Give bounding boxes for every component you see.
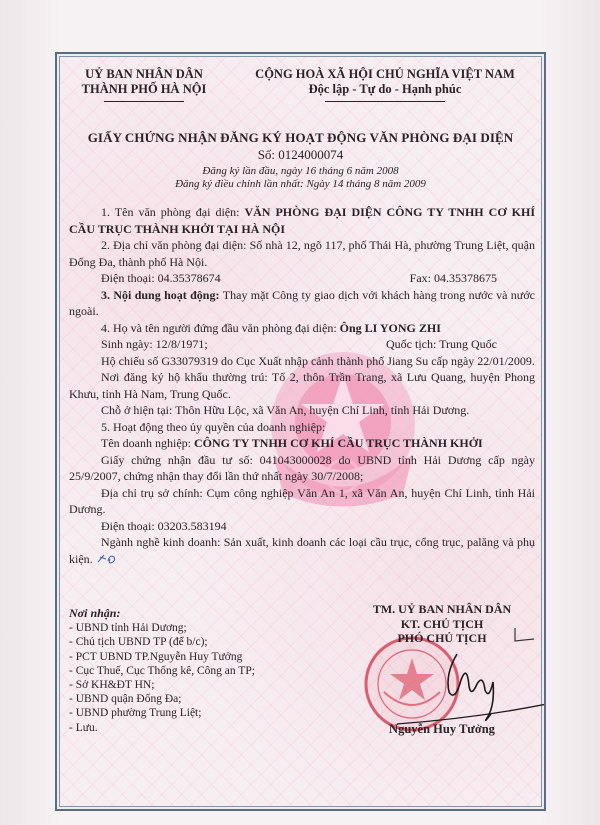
signature-title-block: TM. UỶ BAN NHÂN DÂN KT. CHỦ TỊCH PHÓ CHỦ… [347,602,537,646]
sign-line-2: KT. CHỦ TỊCH [347,617,537,632]
current-address: Chỗ ở hiện tại: Thôn Hữu Lộc, xã Văn An,… [69,402,535,419]
signer-name: Nguyễn Huy Tưởng [347,722,537,737]
recipient-item: - Chủ tịch UBND TP (để b/c); [69,635,299,649]
permanent-residence: Nơi đăng ký hộ khẩu thường trú: Tổ 2, th… [69,369,535,402]
recipient-item: - PCT UBND TP.Nguyễn Huy Tưởng [69,650,299,664]
certificate-title: GIẤY CHỨNG NHẬN ĐĂNG KÝ HOẠT ĐỘNG VĂN PH… [57,130,544,146]
recipient-item: - UBND phường Trung Liệt; [69,706,299,720]
recipient-item: - Lưu. [69,721,299,735]
sign-line-3: PHÓ CHỦ TỊCH [347,631,537,646]
recipient-item: - UBND quận Đống Đa; [69,692,299,706]
authority-line-1: UỶ BAN NHÂN DÂN [69,67,219,82]
header-rule [104,101,184,102]
section-3-activities: 3. Nội dung hoạt động: Thay mặt Công ty … [69,287,535,320]
section-5-authorization: 5. Hoạt động theo ủy quyền của doanh ngh… [69,419,535,436]
recipients-list: Nơi nhận: - UBND tỉnh Hải Dương; - Chủ t… [69,606,299,735]
office-fax: Fax: 04.35378675 [410,270,497,287]
handwritten-signature-icon [397,644,546,734]
issuing-authority-header: UỶ BAN NHÂN DÂN THÀNH PHỐ HÀ NỘI [69,67,219,102]
recipient-item: - Cục Thuế, Cục Thống kê, Công an TP; [69,664,299,678]
office-phone: Điện thoại: 04.35378674 [101,270,221,287]
head-office-address: Địa chỉ trụ sở chính: Cụm công nghiệp Vă… [69,485,535,518]
amendment-date: Đăng ký điều chỉnh lần nhất: Ngày 14 thá… [57,178,544,190]
header-rule [325,101,445,102]
handwritten-mark-icon [96,553,118,565]
passport-info: Hộ chiếu số G33079319 do Cục Xuất nhập c… [69,353,535,370]
official-red-seal-icon [362,634,462,734]
birth-nationality-row: Sinh ngày: 12/8/1971; Quốc tịch: Trung Q… [69,336,535,353]
recipient-item: - Sở KH&ĐT HN; [69,678,299,692]
certificate-frame: UỶ BAN NHÂN DÂN THÀNH PHỐ HÀ NỘI CỘNG HO… [55,52,546,811]
enterprise-name: CÔNG TY TNHH CƠ KHÍ CẦU TRỤC THÀNH KHỞI [194,436,483,450]
section-4-representative: 4. Họ và tên người đứng đầu văn phòng đạ… [69,320,535,337]
enterprise-name-line: Tên doanh nghiệp: CÔNG TY TNHH CƠ KHÍ CẦ… [69,435,535,452]
representative-name: Ông LI YONG ZHI [340,321,441,335]
contact-row: Điện thoại: 04.35378674 Fax: 04.35378675 [69,270,535,287]
date-of-birth: Sinh ngày: 12/8/1971; [101,336,208,353]
sign-line-1: TM. UỶ BAN NHÂN DÂN [347,602,537,617]
nationality: Quốc tịch: Trung Quốc [386,336,497,353]
national-motto: Độc lập - Tự do - Hạnh phúc [235,82,535,97]
section-1-office-name: 1. Tên văn phòng đại diện: VĂN PHÒNG ĐẠI… [69,204,535,237]
document-number: Số: 0124000074 [57,147,544,163]
business-lines: Ngành nghề kinh doanh: Sản xuất, kinh do… [69,534,535,567]
authority-line-2: THÀNH PHỐ HÀ NỘI [69,82,219,97]
recipient-item: - UBND tỉnh Hải Dương; [69,621,299,635]
first-registration-date: Đăng ký lần đầu, ngày 16 tháng 6 năm 200… [57,165,544,177]
enterprise-phone: Điện thoại: 03203.583194 [69,518,535,535]
country-name: CỘNG HOÀ XÃ HỘI CHỦ NGHĨA VIỆT NAM [235,67,535,82]
certificate-body: 1. Tên văn phòng đại diện: VĂN PHÒNG ĐẠI… [69,204,535,567]
national-motto-header: CỘNG HOÀ XÃ HỘI CHỦ NGHĨA VIỆT NAM Độc l… [235,67,535,102]
investment-certificate: Giấy chứng nhận đầu tư số: 041043000028 … [69,452,535,485]
recipients-title: Nơi nhận: [69,606,299,620]
section-2-office-address: 2. Địa chỉ văn phòng đại diện: Số nhà 12… [69,237,535,270]
